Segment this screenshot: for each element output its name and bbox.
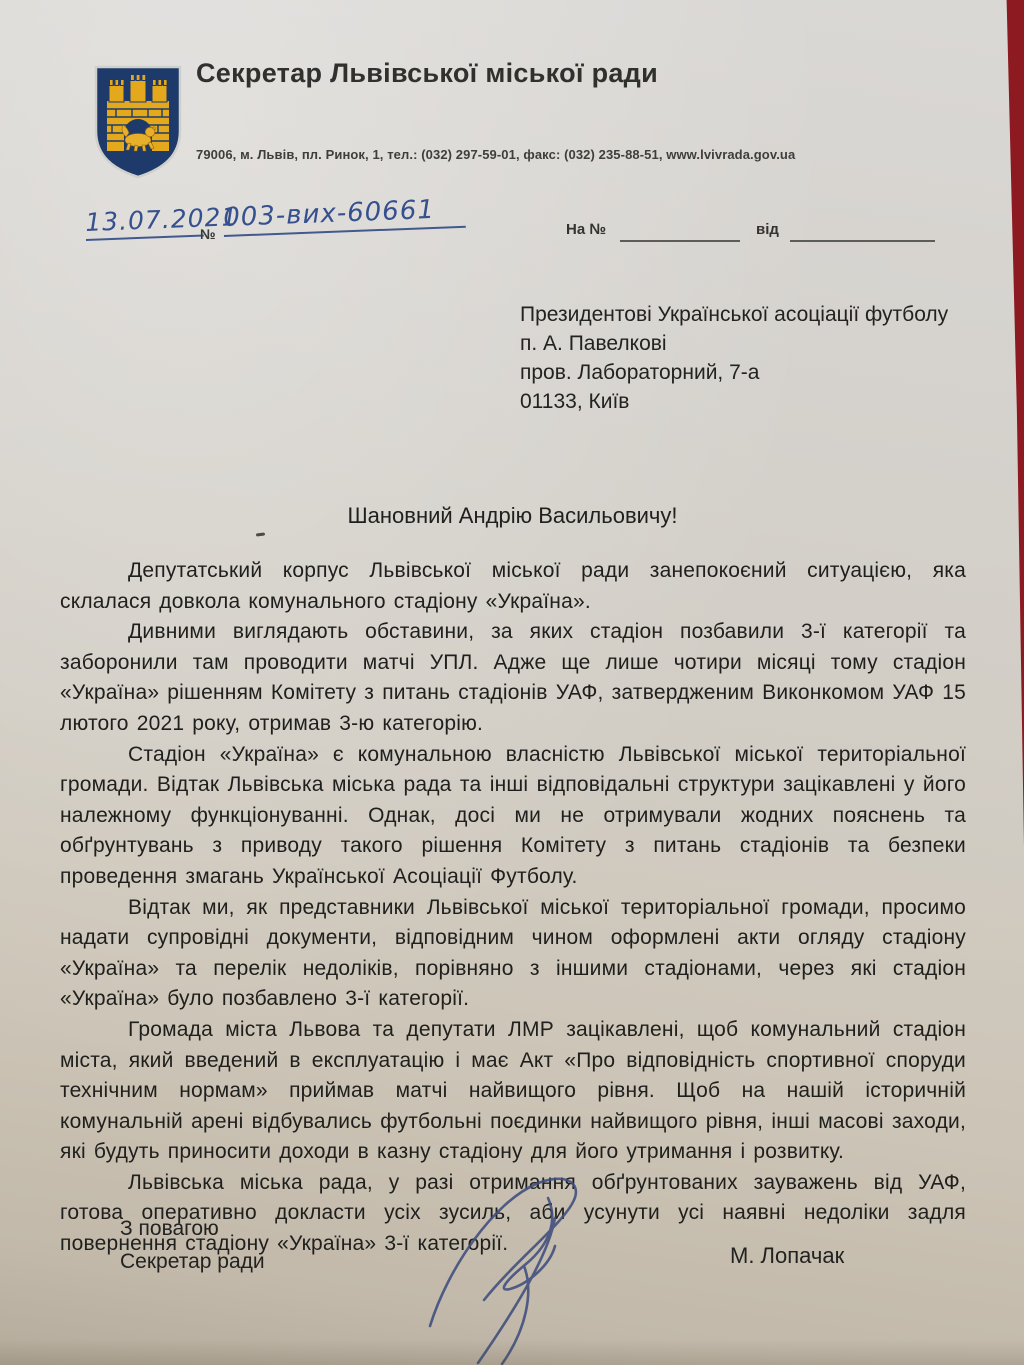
number-sign: № [200,226,216,242]
body-paragraph: Відтак ми, як представники Львівської мі… [60,893,966,1015]
letterhead-title: Секретар Львівської міської ради [196,58,836,89]
letter-body: Депутатський корпус Львівської міської р… [60,556,966,1260]
salutation: Шановний Андрію Васильовичу! [60,503,965,529]
body-paragraph: Дивними виглядають обставини, за яких ст… [60,617,966,739]
recipient-city: 01133, Київ [520,387,952,416]
on-number-blank-line [620,222,740,242]
signer-name: М. Лопачак [730,1243,844,1269]
handwritten-signature [398,1168,628,1365]
body-paragraph: Стадіон «Україна» є комунальною власніст… [60,740,966,893]
from-label: від [756,221,779,238]
signoff-with-respect: З повагою [120,1212,265,1245]
recipient-block: Президентові Української асоціації футбо… [520,300,952,416]
signoff-position: Секретар ради [120,1245,265,1278]
handwritten-outgoing-number: 003-вих-60661 [223,194,466,237]
lviv-coat-of-arms-icon [88,60,188,182]
recipient-organization: Президентові Української асоціації футбо… [520,300,952,329]
letterhead-address: 79006, м. Львів, пл. Ринок, 1, тел.: (03… [196,147,976,162]
scan-speck [256,532,265,536]
recipient-street: пров. Лабораторний, 7-а [520,358,952,387]
handwritten-date: 13.07.2021 [85,203,204,241]
on-number-label: На № [566,221,606,238]
signoff-block: З повагою Секретар ради [120,1212,265,1278]
body-paragraph: Депутатський корпус Львівської міської р… [60,556,966,617]
body-paragraph: Громада міста Львова та депутати ЛМР зац… [60,1015,966,1168]
letter-paper: Секретар Львівської міської ради 79006, … [0,0,1024,1365]
from-blank-line [790,222,935,242]
recipient-person: п. А. Павелкові [520,329,952,358]
